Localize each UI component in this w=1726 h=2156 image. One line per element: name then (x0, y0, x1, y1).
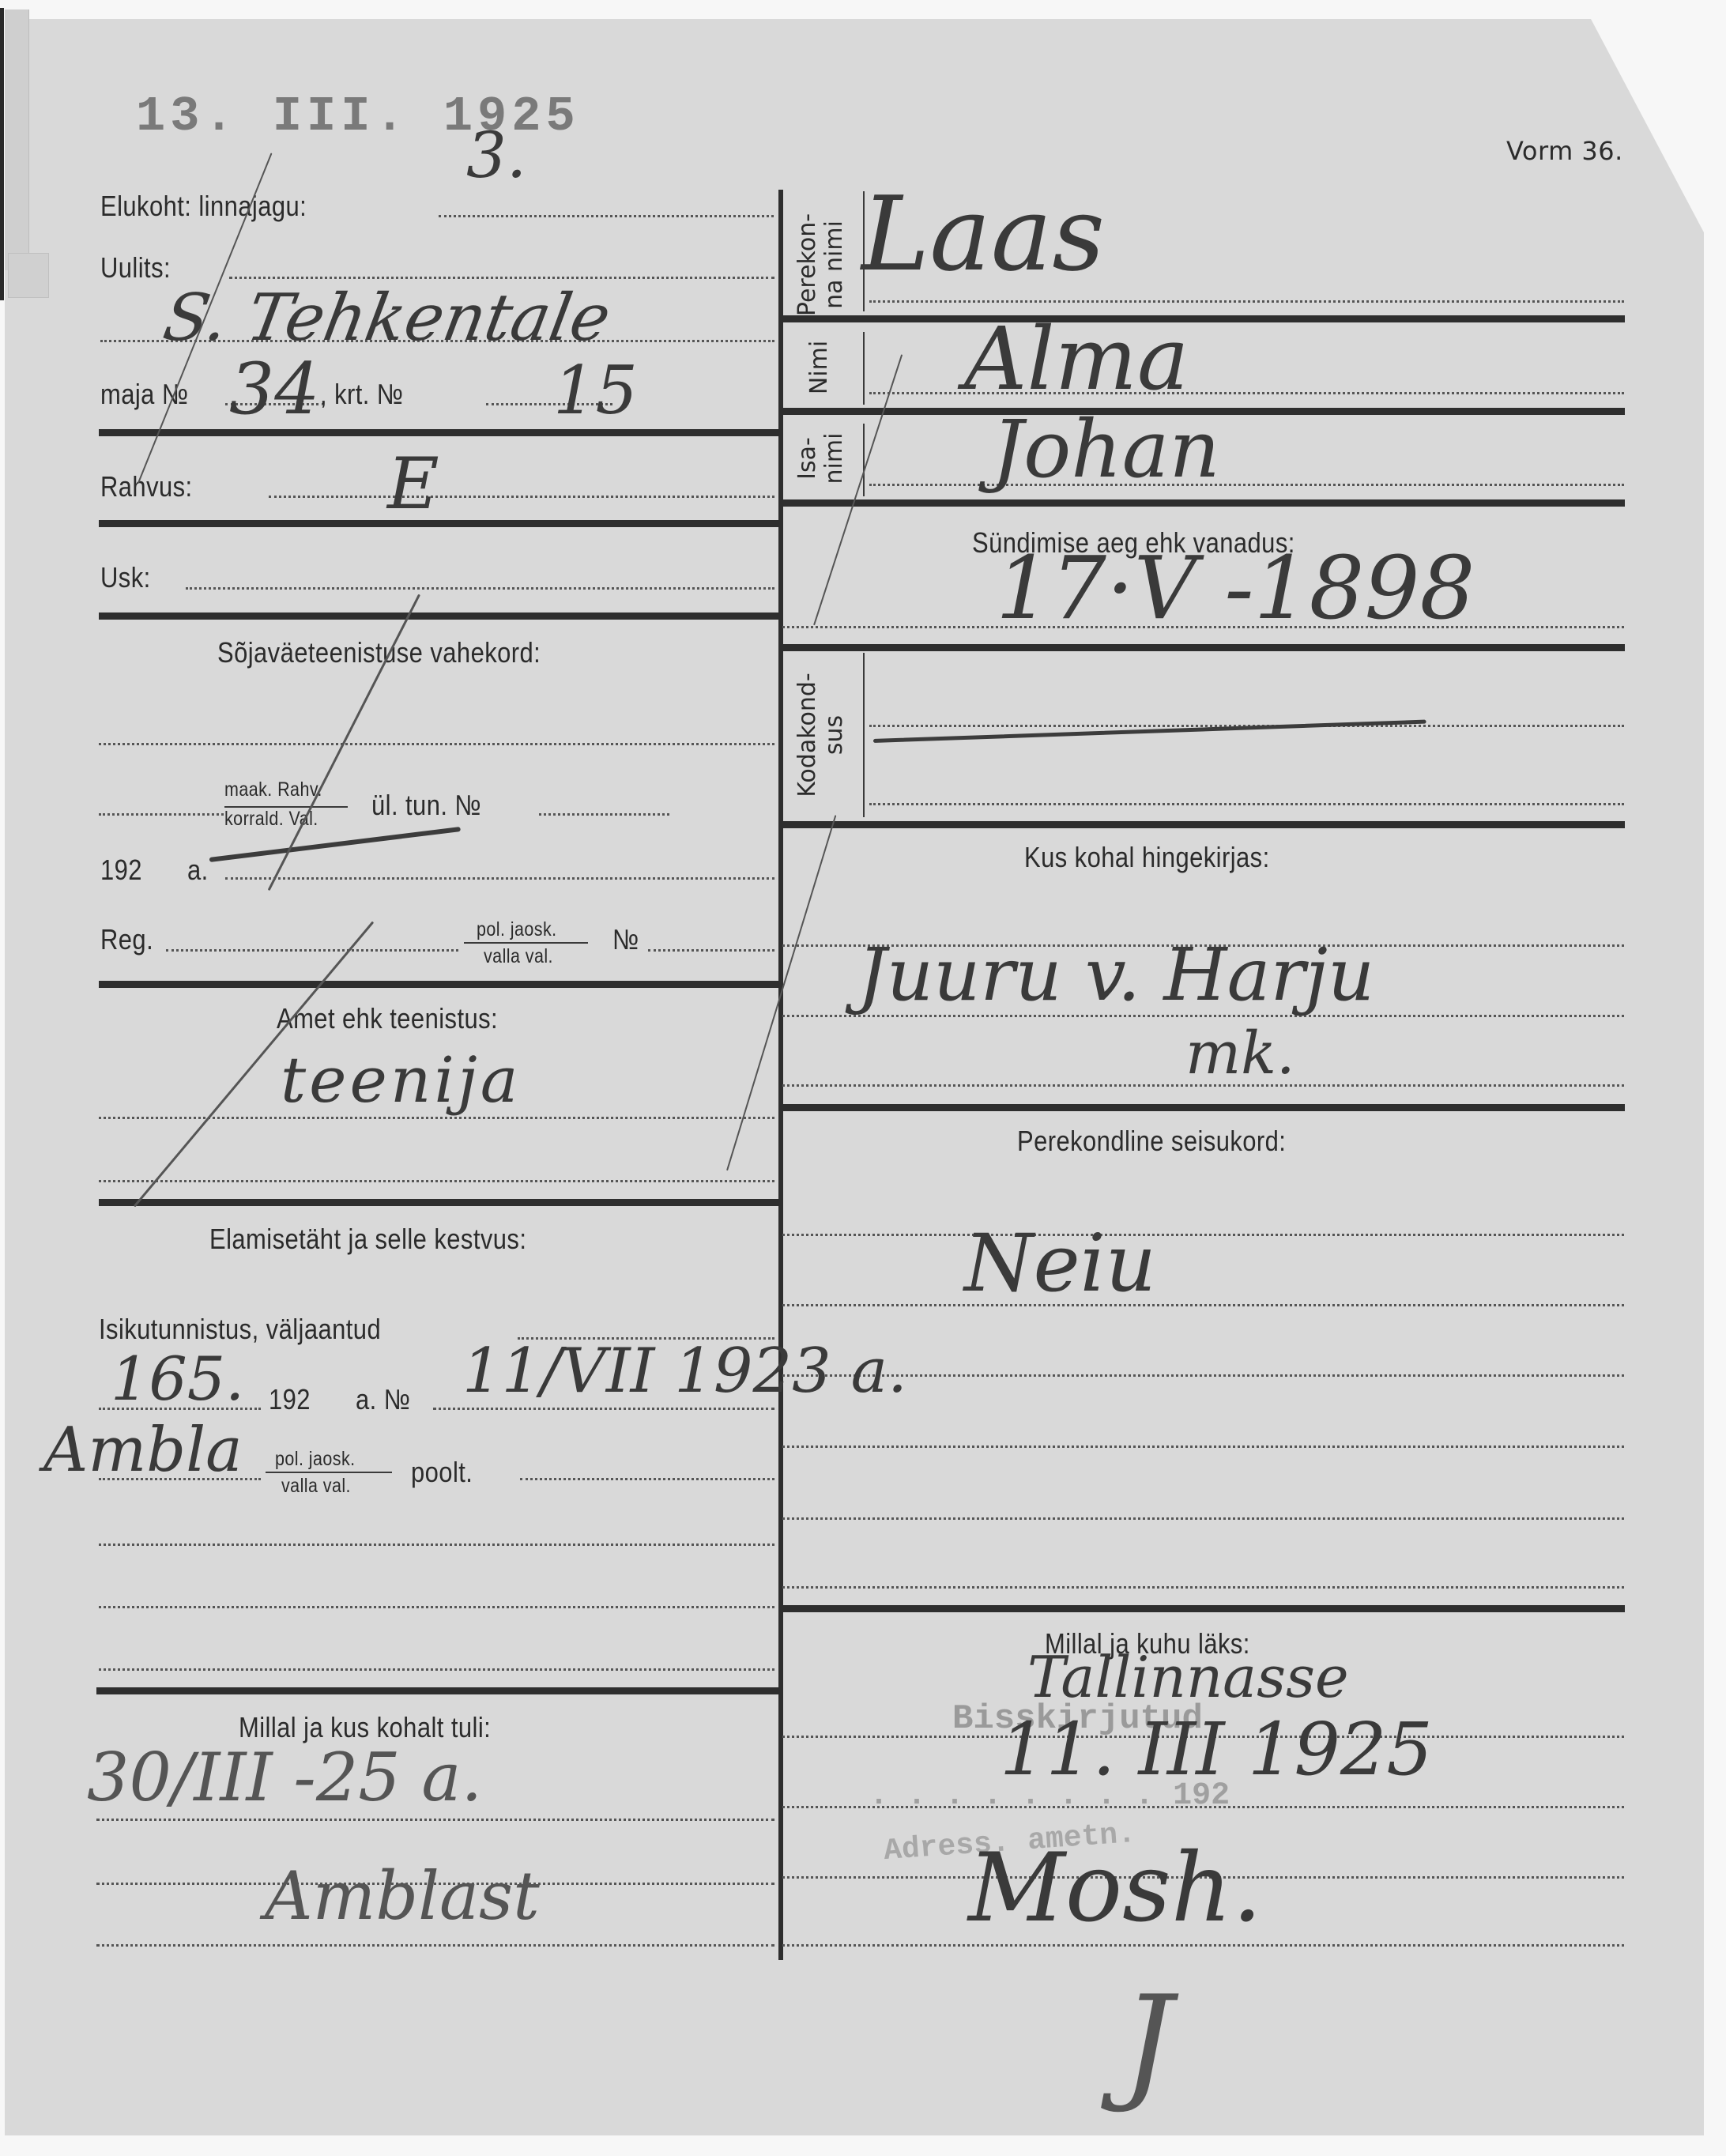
section-divider (782, 1605, 1625, 1612)
reg-label: Reg. (100, 923, 153, 956)
year-field[interactable] (225, 877, 774, 880)
frac-bottom-2: valla val. (484, 945, 553, 968)
apartment-no-label: , krt. № (320, 378, 403, 411)
marital-field-1[interactable] (782, 1234, 1624, 1236)
marital-field-2[interactable] (782, 1304, 1624, 1306)
hw-district: 3. (466, 119, 526, 192)
residence-field-1[interactable] (99, 1543, 774, 1546)
fraction-line (464, 942, 588, 944)
form-number: Vorm 36. (1506, 136, 1623, 166)
hw-apartment-no: 15 (553, 352, 638, 429)
hw-registry-place: Juuru v. Harju (857, 933, 1374, 1017)
section-divider (99, 1199, 780, 1206)
residence-field-3[interactable] (99, 1668, 774, 1671)
hw-nationality: E (387, 443, 439, 526)
hw-surname: Laas (861, 174, 1105, 294)
occupation-field-2[interactable] (99, 1180, 774, 1182)
hw-id-number: 165. (111, 1344, 244, 1414)
marital-field-4[interactable] (782, 1445, 1624, 1448)
frac-bottom-3: valla val. (281, 1475, 351, 1498)
hw-initial: J (1122, 1968, 1173, 2116)
residence-permit-label: Elamisetäht ja selle kestvus: (209, 1223, 526, 1256)
id-year-label: 192 (269, 1383, 311, 1416)
surname-field[interactable] (869, 300, 1624, 303)
registry-label: Kus kohal hingekirjas: (1024, 841, 1270, 874)
hw-birth-date: 17·V -1898 (996, 537, 1475, 639)
reg-no-field[interactable] (648, 949, 774, 952)
hw-arrived-from: Amblast (265, 1857, 540, 1935)
hw-street: S. Tehkentale (158, 281, 616, 356)
frac-top-2: pol. jaosk. (477, 918, 557, 941)
frac-top-1: maak. Rahv. (224, 778, 322, 801)
section-divider (99, 520, 780, 527)
id-issued-label: Isikutunnistus, väljaantud (99, 1313, 381, 1346)
hw-marital-status: Neiu (964, 1217, 1156, 1310)
frac-top-3: pol. jaosk. (275, 1448, 356, 1471)
occupation-label: Amet ehk teenistus: (277, 1002, 498, 1035)
section-divider (782, 315, 1625, 322)
house-no-label: maja № (100, 378, 189, 411)
section-divider (99, 612, 780, 620)
military-status-label: Sõjaväeteenistuse vahekord: (217, 636, 541, 669)
hw-departed-to: Tallinnasse (1027, 1644, 1349, 1710)
military-field-2[interactable] (99, 813, 224, 816)
surname-label: Perekon- na nimi (794, 202, 850, 328)
section-divider (99, 429, 780, 436)
arrived-field-1[interactable] (96, 1819, 774, 1821)
binding-edge (0, 8, 4, 300)
marital-field-3[interactable] (782, 1374, 1624, 1377)
hw-id-issuer: Ambla (43, 1415, 243, 1486)
marital-field-6[interactable] (782, 1586, 1624, 1589)
hw-house-no: 34 (229, 348, 320, 431)
residence-district-label: Elukoht: linnajagu: (100, 190, 307, 223)
id-number-field[interactable] (433, 1408, 774, 1410)
section-divider (782, 821, 1625, 828)
torn-binding-tab (8, 253, 49, 298)
hw-first-name: Alma (964, 308, 1189, 409)
section-divider (782, 644, 1625, 651)
citizenship-label: Kodakond- sus (794, 652, 850, 818)
military-field-1[interactable] (99, 743, 774, 745)
marital-field-5[interactable] (782, 1517, 1624, 1520)
column-divider (778, 190, 783, 1960)
year-suffix: a. (187, 854, 209, 887)
religion-field[interactable] (186, 587, 774, 590)
departed-field-4[interactable] (782, 1944, 1624, 1947)
hw-departed-date: 11. III 1925 (1000, 1707, 1433, 1792)
no-label-2: № (612, 923, 639, 956)
torn-binding-strip (5, 9, 29, 270)
ul-tun-field[interactable] (539, 813, 669, 816)
hw-registry-county: mk. (1185, 1020, 1295, 1087)
reg-field[interactable] (166, 949, 458, 952)
label-column-line (863, 653, 865, 817)
fraction-line (266, 1472, 392, 1473)
hw-signature: Mosh. (968, 1834, 1262, 1943)
hw-occupation: teenija (281, 1043, 521, 1117)
arrived-field-3[interactable] (96, 1944, 774, 1947)
section-divider (99, 981, 780, 988)
residence-field-2[interactable] (99, 1606, 774, 1608)
ul-tun-label: ül. tun. № (371, 789, 481, 822)
hw-id-date: 11/VII 1923 a. (462, 1336, 907, 1407)
father-name-field[interactable] (869, 484, 1624, 486)
nationality-label: Rahvus: (100, 470, 193, 503)
hw-arrived-date: 30/III -25 a. (87, 1739, 482, 1816)
year-label: 192 (100, 854, 142, 887)
marital-label: Perekondline seisukord: (1017, 1125, 1286, 1158)
section-divider (782, 1104, 1625, 1111)
occupation-field-1[interactable] (99, 1117, 774, 1119)
first-name-label: Nimi (806, 312, 838, 423)
section-divider (782, 499, 1625, 507)
citizenship-field-2[interactable] (869, 803, 1624, 805)
poolt-field[interactable] (520, 1478, 774, 1480)
father-name-label: Isa- nimi (794, 415, 850, 502)
id-year-suffix: a. № (356, 1383, 410, 1416)
section-divider (96, 1687, 780, 1694)
label-column-line (863, 332, 865, 405)
district-field[interactable] (439, 215, 774, 217)
nationality-field[interactable] (269, 496, 774, 498)
street-label: Uulits: (100, 251, 171, 285)
label-column-line (863, 424, 865, 496)
street-field-1[interactable] (229, 277, 774, 279)
poolt-label: poolt. (411, 1456, 473, 1489)
religion-label: Usk: (100, 561, 151, 594)
hw-father-name: Johan (992, 403, 1220, 496)
